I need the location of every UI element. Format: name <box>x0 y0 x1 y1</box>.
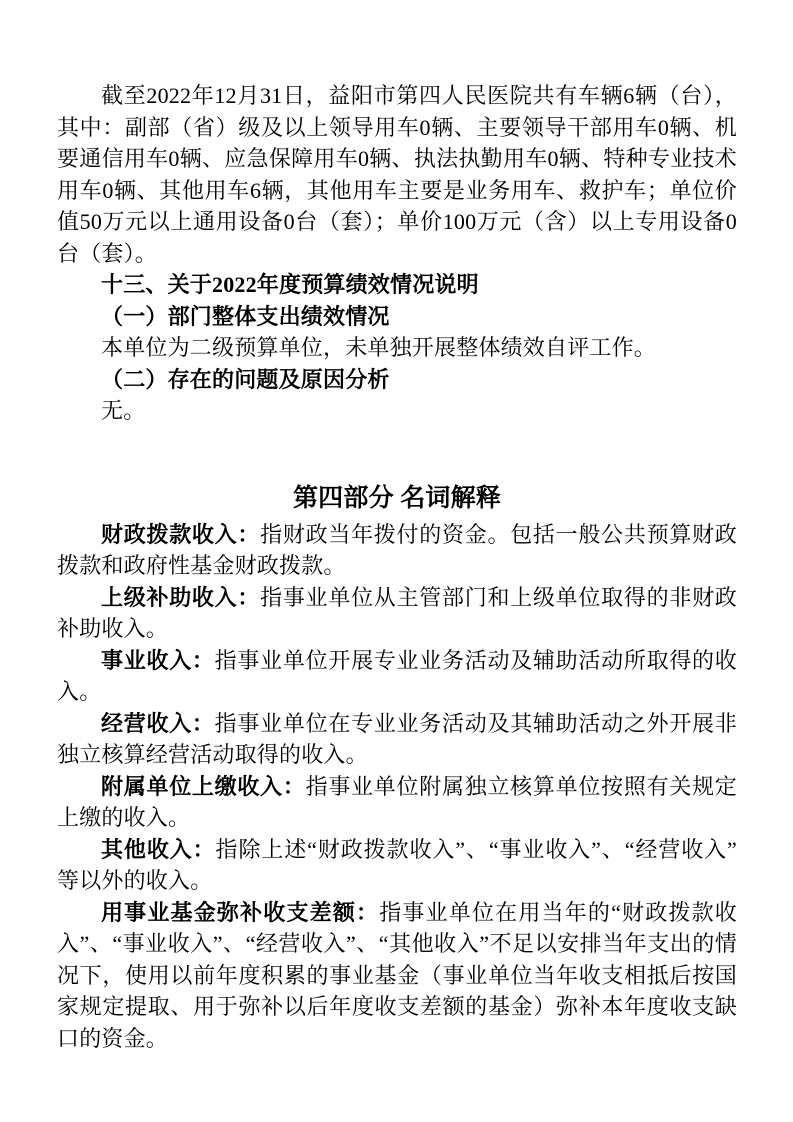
glossary-term-use-of-institution-fund: 用事业基金弥补收支差额：指事业单位在用当年的“财政拨款收入”、“事业收入”、“经… <box>57 897 737 1055</box>
vehicle-equipment-paragraph: 截至2022年12月31日，益阳市第四人民医院共有车辆6辆（台），其中：副部（省… <box>57 80 737 269</box>
glossary-term-label: 用事业基金弥补收支差额： <box>101 900 379 925</box>
heading-budget-performance-13: 十三、关于2022年度预算绩效情况说明 <box>57 269 737 301</box>
paragraph-none: 无。 <box>57 395 737 427</box>
glossary-term-label: 其他收入： <box>101 837 216 862</box>
glossary-term-other-income: 其他收入：指除上述“财政拨款收入”、“事业收入”、“经营收入”等以外的收入。 <box>57 834 737 897</box>
glossary-term-affiliated-unit-remittance-income: 附属单位上缴收入：指事业单位附属独立核算单位按照有关规定上缴的收入。 <box>57 771 737 834</box>
subheading-overall-expenditure-performance: （一）部门整体支出绩效情况 <box>57 301 737 333</box>
glossary-term-label: 财政拨款收入： <box>101 522 260 547</box>
document-page: 截至2022年12月31日，益阳市第四人民医院共有车辆6辆（台），其中：副部（省… <box>0 0 793 1122</box>
glossary-term-label: 事业收入： <box>101 648 215 673</box>
document-content: 截至2022年12月31日，益阳市第四人民医院共有车辆6辆（台），其中：副部（省… <box>57 80 737 1054</box>
glossary-term-superior-subsidy-income: 上级补助收入：指事业单位从主管部门和上级单位取得的非财政补助收入。 <box>57 582 737 645</box>
glossary-term-label: 上级补助收入： <box>101 585 260 610</box>
glossary-term-label: 经营收入： <box>101 711 215 736</box>
glossary-term-label: 附属单位上缴收入： <box>101 774 306 799</box>
subheading-problems-and-cause-analysis: （二）存在的问题及原因分析 <box>57 364 737 396</box>
glossary-term-business-income: 经营收入：指事业单位在专业业务活动及其辅助活动之外开展非独立核算经营活动取得的收… <box>57 708 737 771</box>
paragraph-self-evaluation-note: 本单位为二级预算单位，未单独开展整体绩效自评工作。 <box>57 332 737 364</box>
glossary-term-fiscal-appropriation-income: 财政拨款收入：指财政当年拨付的资金。包括一般公共预算财政拨款和政府性基金财政拨款… <box>57 519 737 582</box>
glossary-section-title: 第四部分 名词解释 <box>57 482 737 516</box>
glossary-term-operational-income: 事业收入：指事业单位开展专业业务活动及辅助活动所取得的收入。 <box>57 645 737 708</box>
